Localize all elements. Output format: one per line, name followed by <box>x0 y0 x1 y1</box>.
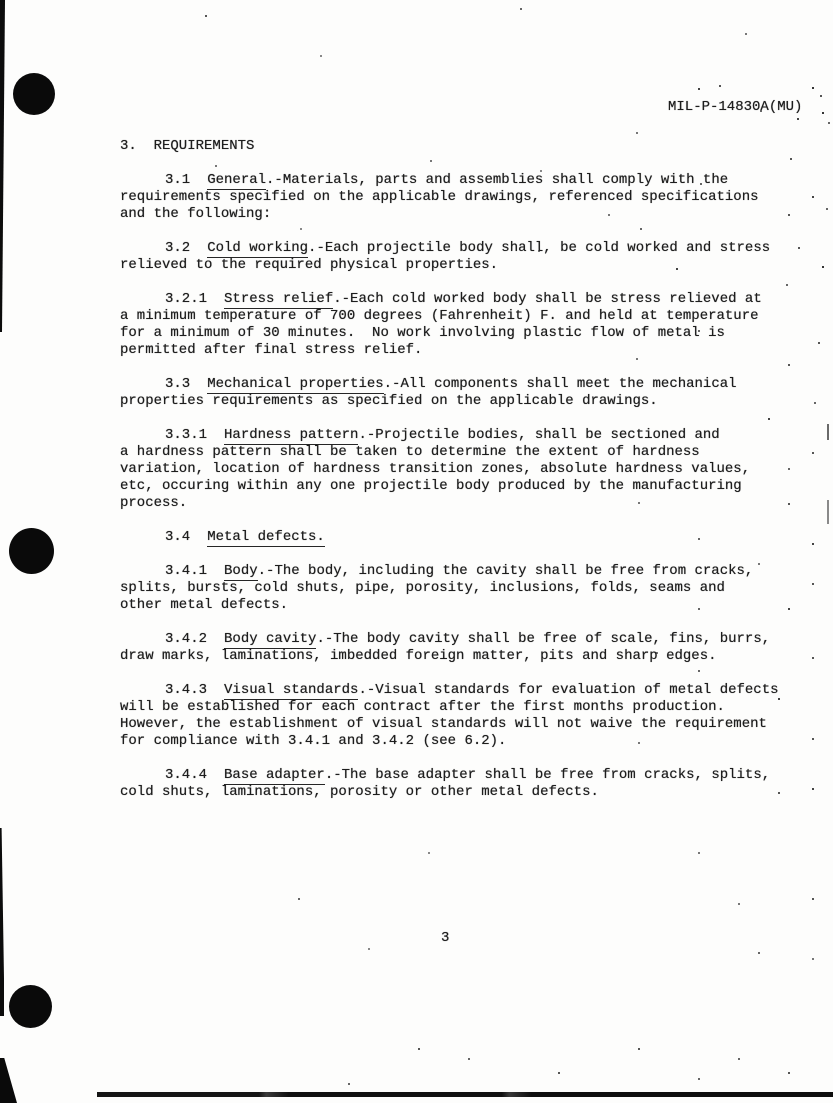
paragraph-title: Hardness pattern <box>224 427 358 445</box>
paragraph-separator: .- <box>333 291 350 307</box>
paragraph-line: properties requirements as specified on … <box>120 393 820 410</box>
page-number: 3 <box>441 930 449 947</box>
paragraph-separator: .- <box>384 376 401 392</box>
paragraph-title: Stress relief <box>224 291 333 309</box>
paragraph-text: The base adapter shall be free from crac… <box>342 767 770 783</box>
paragraph-line: etc, occuring within any one projectile … <box>120 478 820 495</box>
paragraph-text: Each projectile body shall, be cold work… <box>325 240 770 256</box>
paragraph-line: will be established for each contract af… <box>120 699 820 716</box>
paragraph-3.4.4: 3.4.4Base adapter.-The base adapter shal… <box>120 767 820 801</box>
paragraph-number: 3.4.4 <box>165 767 207 783</box>
paragraph-text: The body cavity shall be free of scale, … <box>333 631 770 647</box>
document-id: MIL-P-14830A(MU) <box>668 99 802 116</box>
paragraph-line: a hardness pattern shall be taken to det… <box>120 444 820 461</box>
scan-edge-artifact-top <box>0 0 5 332</box>
paragraph-line: splits, bursts, cold shuts, pipe, porosi… <box>120 580 820 597</box>
paragraph-first-line: 3.2.1Stress relief.-Each cold worked bod… <box>120 291 820 308</box>
paragraph-separator: .- <box>266 172 283 188</box>
paragraph-number: 3.2.1 <box>165 291 207 307</box>
punch-hole-middle <box>9 528 54 574</box>
paragraph-first-line: 3.4.3Visual standards.-Visual standards … <box>120 682 820 699</box>
paragraph-first-line: 3.3.1Hardness pattern.-Projectile bodies… <box>120 427 820 444</box>
punch-hole-top <box>13 73 55 115</box>
paragraphs-container: 3.1General.-Materials, parts and assembl… <box>120 172 820 801</box>
paragraph-separator: .- <box>358 427 375 443</box>
punch-hole-bottom <box>9 985 52 1028</box>
paragraph-number: 3.3.1 <box>165 427 207 443</box>
paragraph-3.1: 3.1General.-Materials, parts and assembl… <box>120 172 820 223</box>
paragraph-separator: .- <box>258 563 275 579</box>
paragraph-3.2: 3.2Cold working.-Each projectile body sh… <box>120 240 820 274</box>
paragraph-separator: .- <box>358 682 375 698</box>
paragraph-line: relieved to the required physical proper… <box>120 257 820 274</box>
scanned-page: MIL-P-14830A(MU) 3. REQUIREMENTS 3.1Gene… <box>0 0 833 1103</box>
scan-margin-dash <box>827 424 829 440</box>
paragraph-first-line: 3.2Cold working.-Each projectile body sh… <box>120 240 820 257</box>
paragraph-line: permitted after final stress relief. <box>120 342 820 359</box>
paragraph-separator: .- <box>325 767 342 783</box>
paragraph-first-line: 3.3Mechanical properties.-All components… <box>120 376 820 393</box>
paragraph-number: 3.2 <box>165 240 190 256</box>
paragraph-separator: .- <box>316 631 333 647</box>
paragraph-text: Each cold worked body shall be stress re… <box>350 291 762 307</box>
scan-edge-artifact-bottom <box>0 828 4 1016</box>
paragraph-first-line: 3.4.1Body.-The body, including the cavit… <box>120 563 820 580</box>
paragraph-number: 3.4.1 <box>165 563 207 579</box>
paragraph-first-line: 3.4.2Body cavity.-The body cavity shall … <box>120 631 820 648</box>
scan-noise-specks <box>0 0 2 2</box>
paragraph-first-line: 3.1General.-Materials, parts and assembl… <box>120 172 820 189</box>
paragraph-3.4.3: 3.4.3Visual standards.-Visual standards … <box>120 682 820 750</box>
paragraph-line: other metal defects. <box>120 597 820 614</box>
paragraph-title: Base adapter <box>224 767 325 785</box>
paragraph-title: Body cavity <box>224 631 316 649</box>
paragraph-line: However, the establishment of visual sta… <box>120 716 820 733</box>
paragraph-text: The body, including the cavity shall be … <box>274 563 753 579</box>
paragraph-number: 3.4 <box>165 529 190 545</box>
scan-bottom-line-artifact <box>97 1092 833 1097</box>
paragraph-line: for a minimum of 30 minutes. No work inv… <box>120 325 820 342</box>
paragraph-number: 3.3 <box>165 376 190 392</box>
paragraph-text: Projectile bodies, shall be sectioned an… <box>375 427 719 443</box>
paragraph-3.4: 3.4Metal defects. <box>120 529 820 546</box>
paragraph-line: and the following: <box>120 206 820 223</box>
section-heading: 3. REQUIREMENTS <box>120 138 820 155</box>
paragraph-text: Materials, parts and assemblies shall co… <box>283 172 728 188</box>
paragraph-3.3.1: 3.3.1Hardness pattern.-Projectile bodies… <box>120 427 820 512</box>
paragraph-number: 3.4.2 <box>165 631 207 647</box>
paragraph-number: 3.4.3 <box>165 682 207 698</box>
paragraph-title: Metal defects. <box>207 529 325 547</box>
paragraph-title: Body <box>224 563 258 581</box>
paragraph-3.3: 3.3Mechanical properties.-All components… <box>120 376 820 410</box>
paragraph-title: Cold working <box>207 240 308 258</box>
paragraph-text: Visual standards for evaluation of metal… <box>375 682 778 698</box>
paragraph-line: a minimum temperature of 700 degrees (Fa… <box>120 308 820 325</box>
paragraph-number: 3.1 <box>165 172 190 188</box>
paragraph-first-line: 3.4.4Base adapter.-The base adapter shal… <box>120 767 820 784</box>
paragraph-line: variation, location of hardness transiti… <box>120 461 820 478</box>
paragraph-separator: .- <box>308 240 325 256</box>
paragraph-line: requirements specified on the applicable… <box>120 189 820 206</box>
scan-margin-dash <box>827 500 829 524</box>
paragraph-line: process. <box>120 495 820 512</box>
paragraph-line: cold shuts, laminations, porosity or oth… <box>120 784 820 801</box>
paragraph-line: draw marks, laminations, imbedded foreig… <box>120 648 820 665</box>
paragraph-first-line: 3.4Metal defects. <box>120 529 820 546</box>
paragraph-text: All components shall meet the mechanical <box>400 376 736 392</box>
paragraph-title: Visual standards <box>224 682 358 700</box>
paragraph-3.4.2: 3.4.2Body cavity.-The body cavity shall … <box>120 631 820 665</box>
paragraph-line: for compliance with 3.4.1 and 3.4.2 (see… <box>120 733 820 750</box>
paragraph-title: General <box>207 172 266 190</box>
scan-corner-artifact <box>0 1058 17 1103</box>
paragraph-title: Mechanical properties <box>207 376 383 394</box>
document-body: 3. REQUIREMENTS 3.1General.-Materials, p… <box>120 138 820 801</box>
paragraph-3.4.1: 3.4.1Body.-The body, including the cavit… <box>120 563 820 614</box>
paragraph-3.2.1: 3.2.1Stress relief.-Each cold worked bod… <box>120 291 820 359</box>
